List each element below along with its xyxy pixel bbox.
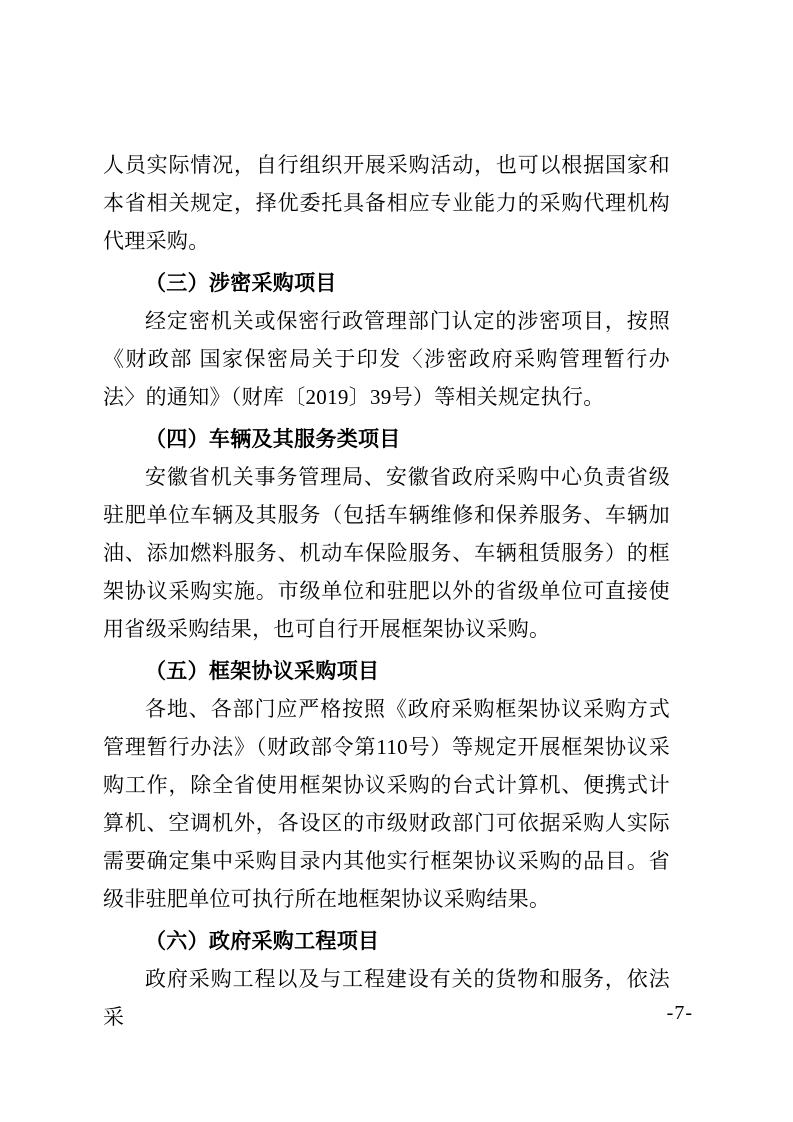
document-page: 人员实际情况，自行组织开展采购活动，也可以根据国家和本省相关规定，择优委托具备相…	[0, 0, 793, 1122]
section-heading-4: （四）车辆及其服务类项目	[103, 420, 670, 458]
intro-paragraph: 人员实际情况，自行组织开展采购活动，也可以根据国家和本省相关规定，择优委托具备相…	[103, 146, 670, 260]
section-4-paragraph: 安徽省机关事务管理局、安徽省政府采购中心负责省级驻肥单位车辆及其服务（包括车辆维…	[103, 458, 670, 648]
page-number: -7-	[667, 1001, 693, 1025]
section-heading-6: （六）政府采购工程项目	[103, 922, 670, 960]
section-6-paragraph: 政府采购工程以及与工程建设有关的货物和服务，依法采	[103, 960, 670, 1036]
section-heading-5: （五）框架协议采购项目	[103, 652, 670, 690]
document-content: 人员实际情况，自行组织开展采购活动，也可以根据国家和本省相关规定，择优委托具备相…	[103, 146, 670, 1036]
section-heading-3: （三）涉密采购项目	[103, 264, 670, 302]
section-3-paragraph: 经定密机关或保密行政管理部门认定的涉密项目，按照《财政部 国家保密局关于印发〈涉…	[103, 302, 670, 416]
section-5-paragraph: 各地、各部门应严格按照《政府采购框架协议采购方式管理暂行办法》（财政部令第110…	[103, 690, 670, 918]
